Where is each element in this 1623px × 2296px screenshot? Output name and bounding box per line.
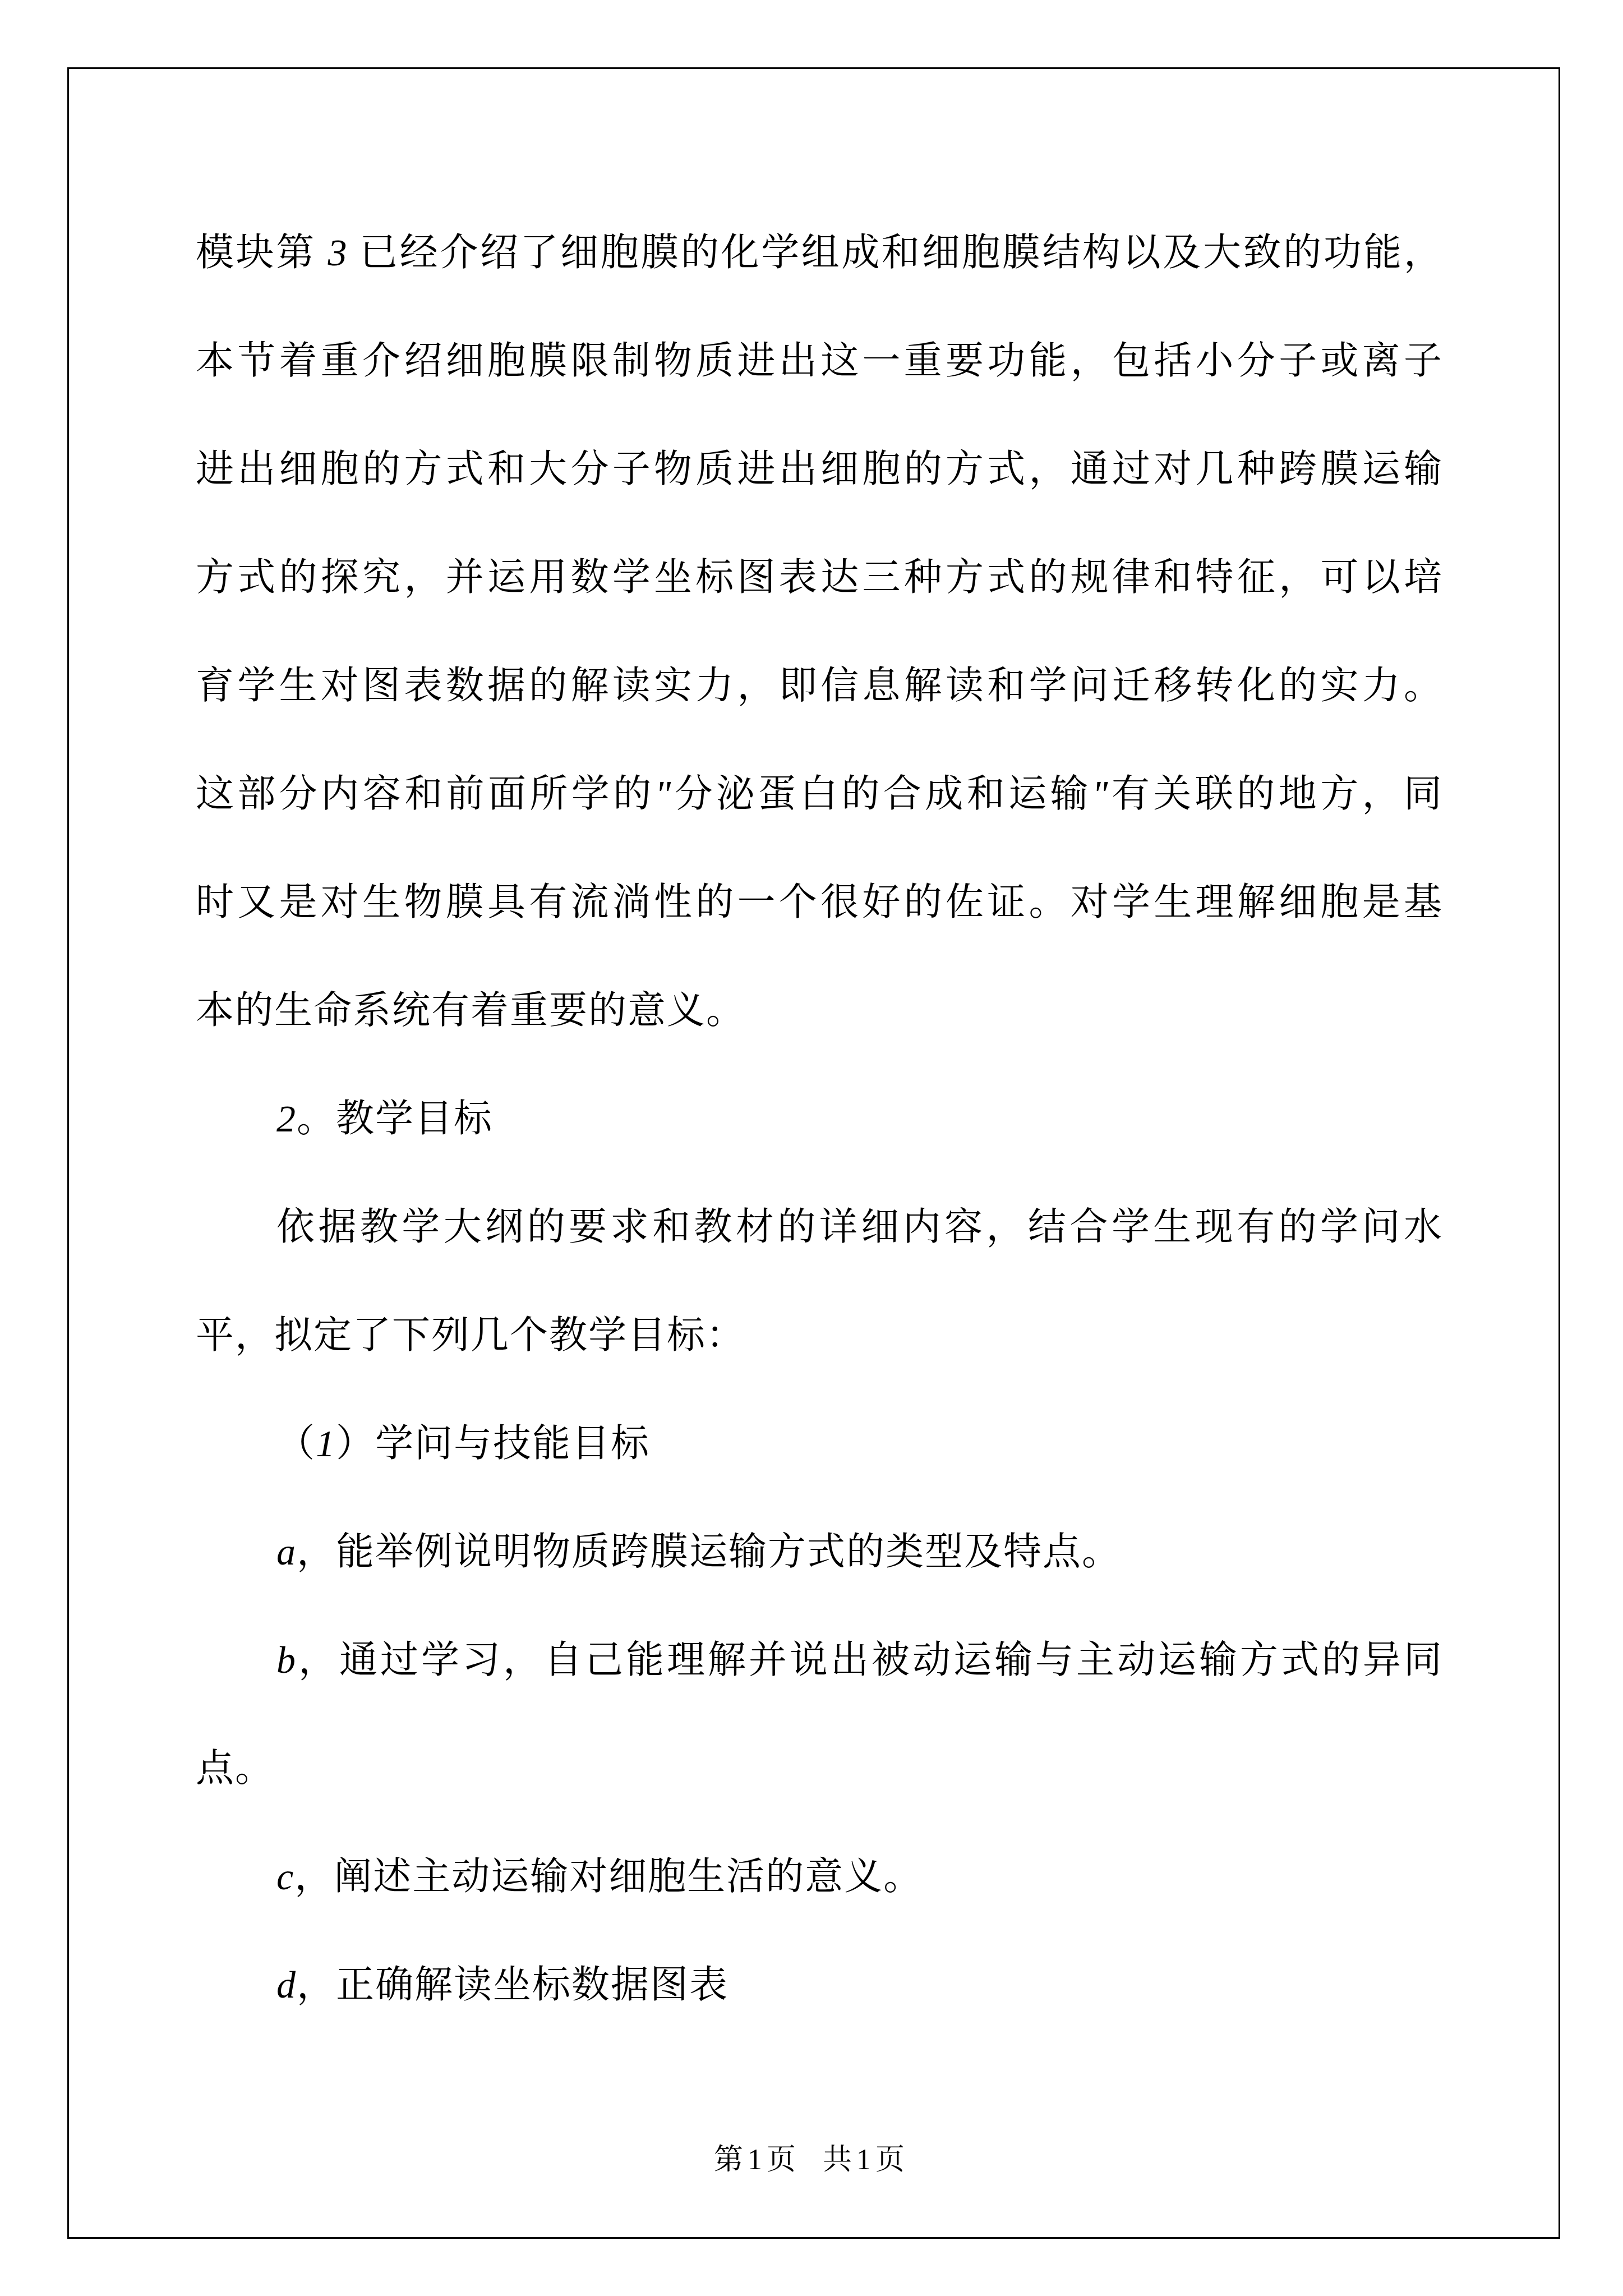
page-footer: 第1页共1页	[0, 2143, 1623, 2177]
page-number-label: 第1页	[714, 2144, 800, 2176]
text-line: 育学生对图表数据的解读实力，即信息解读和学问迁移转化的实力。	[196, 632, 1443, 740]
document-body-text: 模块第 3 已经介绍了细胞膜的化学组成和细胞膜结构以及大致的功能， 本节着重介绍…	[196, 199, 1443, 2039]
text-line: 进出细胞的方式和大分子物质进出细胞的方式，通过对几种跨膜运输	[196, 415, 1443, 523]
text-line: 方式的探究，并运用数学坐标图表达三种方式的规律和特征，可以培	[196, 523, 1443, 632]
text-line: 依据教学大纲的要求和教材的详细内容，结合学生现有的学问水	[196, 1173, 1443, 1281]
list-item-line: b，通过学习，自己能理解并说出被动运输与主动运输方式的异同	[196, 1606, 1443, 1714]
page-total-label: 共1页	[823, 2144, 909, 2176]
text-line: 时又是对生物膜具有流淌性的一个很好的佐证。对学生理解细胞是基	[196, 848, 1443, 956]
list-item-continuation-line: 点。	[196, 1714, 1443, 1823]
document-page: { "doc": { "lines": [ "模块第 3 已经介绍了细胞膜的化学…	[0, 0, 1623, 2296]
subsection-heading-line: （1）学问与技能目标	[196, 1389, 1443, 1498]
text-line: 平，拟定了下列几个教学目标：	[196, 1281, 1443, 1389]
section-heading-line: 2。教学目标	[196, 1065, 1443, 1173]
text-line: 本的生命系统有着重要的意义。	[196, 956, 1443, 1065]
list-item-line: d，正确解读坐标数据图表	[196, 1931, 1443, 2039]
text-line: 这部分内容和前面所学的"分泌蛋白的合成和运输"有关联的地方，同	[196, 740, 1443, 848]
text-line: 模块第 3 已经介绍了细胞膜的化学组成和细胞膜结构以及大致的功能，	[196, 199, 1443, 307]
text-line: 本节着重介绍细胞膜限制物质进出这一重要功能，包括小分子或离子	[196, 307, 1443, 415]
list-item-line: a，能举例说明物质跨膜运输方式的类型及特点。	[196, 1498, 1443, 1606]
list-item-line: c，阐述主动运输对细胞生活的意义。	[196, 1823, 1443, 1931]
